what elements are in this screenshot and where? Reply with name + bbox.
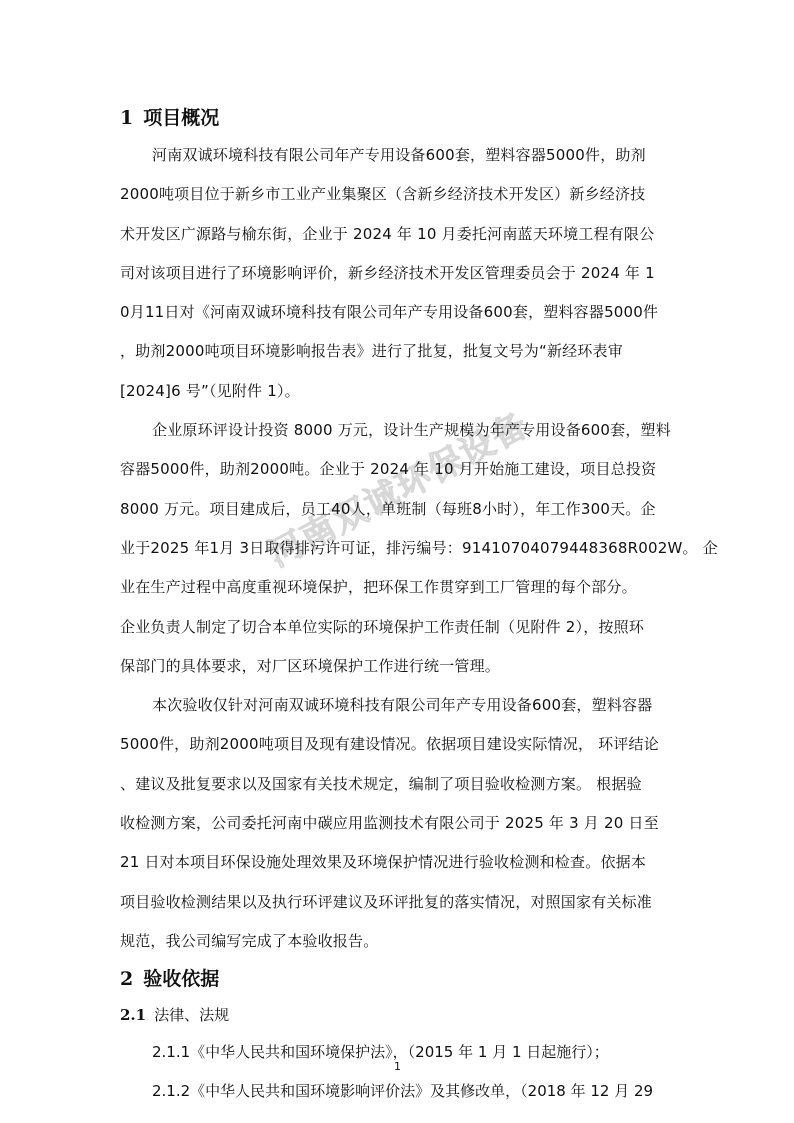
text-line: 企业负责人制定了切合本单位实际的环境保护工作责任制（见附件 2），按照环 [120, 608, 674, 647]
section-number: 1 [120, 107, 133, 129]
text-line: 2000吨项目位于新乡市工业产业集聚区（含新乡经济技术开发区）新乡经济技 [120, 175, 674, 214]
text-line: 5000件，助剂2000吨项目及现有建设情况。依据项目建设实际情况， 环评结论 [120, 725, 674, 764]
subsection-heading-2-1: 2.1法律、法规 [120, 997, 674, 1033]
text-line: 企业原环评设计投资 8000 万元，设计生产规模为年产专用设备600套，塑料 [120, 411, 674, 450]
text-line: 容器5000件，助剂2000吨。企业于 2024 年 10 月开始施工建设，项目… [120, 450, 674, 489]
section-number: 2 [120, 968, 133, 990]
text-line: 业于2025 年1月 3日取得排污许可证，排污编号：91410704079448… [120, 529, 674, 568]
section-heading-2: 2验收依据 [120, 961, 674, 997]
text-line: 8000 万元。项目建成后，员工40人，单班制（每班8小时），年工作300天。企 [120, 490, 674, 529]
text-line: 本次验收仅针对河南双诚环境科技有限公司年产专用设备600套，塑料容器 [120, 686, 674, 725]
section-title: 验收依据 [143, 968, 219, 990]
text-line: 21 日对本项目环保设施处理效果及环境保护情况进行验收检测和检查。依据本 [120, 843, 674, 882]
section-heading-1: 1项目概况 [120, 100, 674, 136]
text-line: 保部门的具体要求，对厂区环境保护工作进行统一管理。 [120, 647, 674, 686]
text-line: 河南双诚环境科技有限公司年产专用设备600套，塑料容器5000件，助剂 [120, 136, 674, 175]
subsection-number: 2.1 [120, 1006, 146, 1024]
section-title: 项目概况 [143, 107, 219, 129]
text-line: 、建议及批复要求以及国家有关技术规定，编制了项目验收检测方案。 根据验 [120, 765, 674, 804]
text-line: 0月11日对《河南双诚环境科技有限公司年产专用设备600套，塑料容器5000件 [120, 293, 674, 332]
document-page: 河南双诚环保设备 1项目概况 河南双诚环境科技有限公司年产专用设备600套，塑料… [0, 0, 794, 1123]
list-item: 2.1.2《中华人民共和国环境影响评价法》及其修改单，（2018 年 12 月 … [120, 1072, 674, 1111]
text-line: 收检测方案，公司委托河南中碳应用监测技术有限公司于 2025 年 3 月 20 … [120, 804, 674, 843]
paragraph-1: 河南双诚环境科技有限公司年产专用设备600套，塑料容器5000件，助剂 2000… [120, 136, 674, 411]
text-line: ，助剂2000吨项目环境影响报告表》进行了批复，批复文号为“新经环表审 [120, 332, 674, 371]
text-line: 规范，我公司编写完成了本验收报告。 [120, 922, 674, 961]
page-content: 1项目概况 河南双诚环境科技有限公司年产专用设备600套，塑料容器5000件，助… [120, 100, 674, 1111]
text-line: [2024]6 号”（见附件 1）。 [120, 372, 674, 411]
text-line: 项目验收检测结果以及执行环评建议及环评批复的落实情况，对照国家有关标准 [120, 883, 674, 922]
subsection-title: 法律、法规 [154, 1006, 229, 1024]
page-number: 1 [394, 1060, 401, 1073]
text-line: 术开发区广源路与榆东街，企业于 2024 年 10 月委托河南蓝天环境工程有限公 [120, 215, 674, 254]
text-line: 司对该项目进行了环境影响评价，新乡经济技术开发区管理委员会于 2024 年 1 [120, 254, 674, 293]
text-line: 业在生产过程中高度重视环境保护，把环保工作贯穿到工厂管理的每个部分。 [120, 568, 674, 607]
paragraph-2: 企业原环评设计投资 8000 万元，设计生产规模为年产专用设备600套，塑料 容… [120, 411, 674, 686]
paragraph-3: 本次验收仅针对河南双诚环境科技有限公司年产专用设备600套，塑料容器 5000件… [120, 686, 674, 961]
